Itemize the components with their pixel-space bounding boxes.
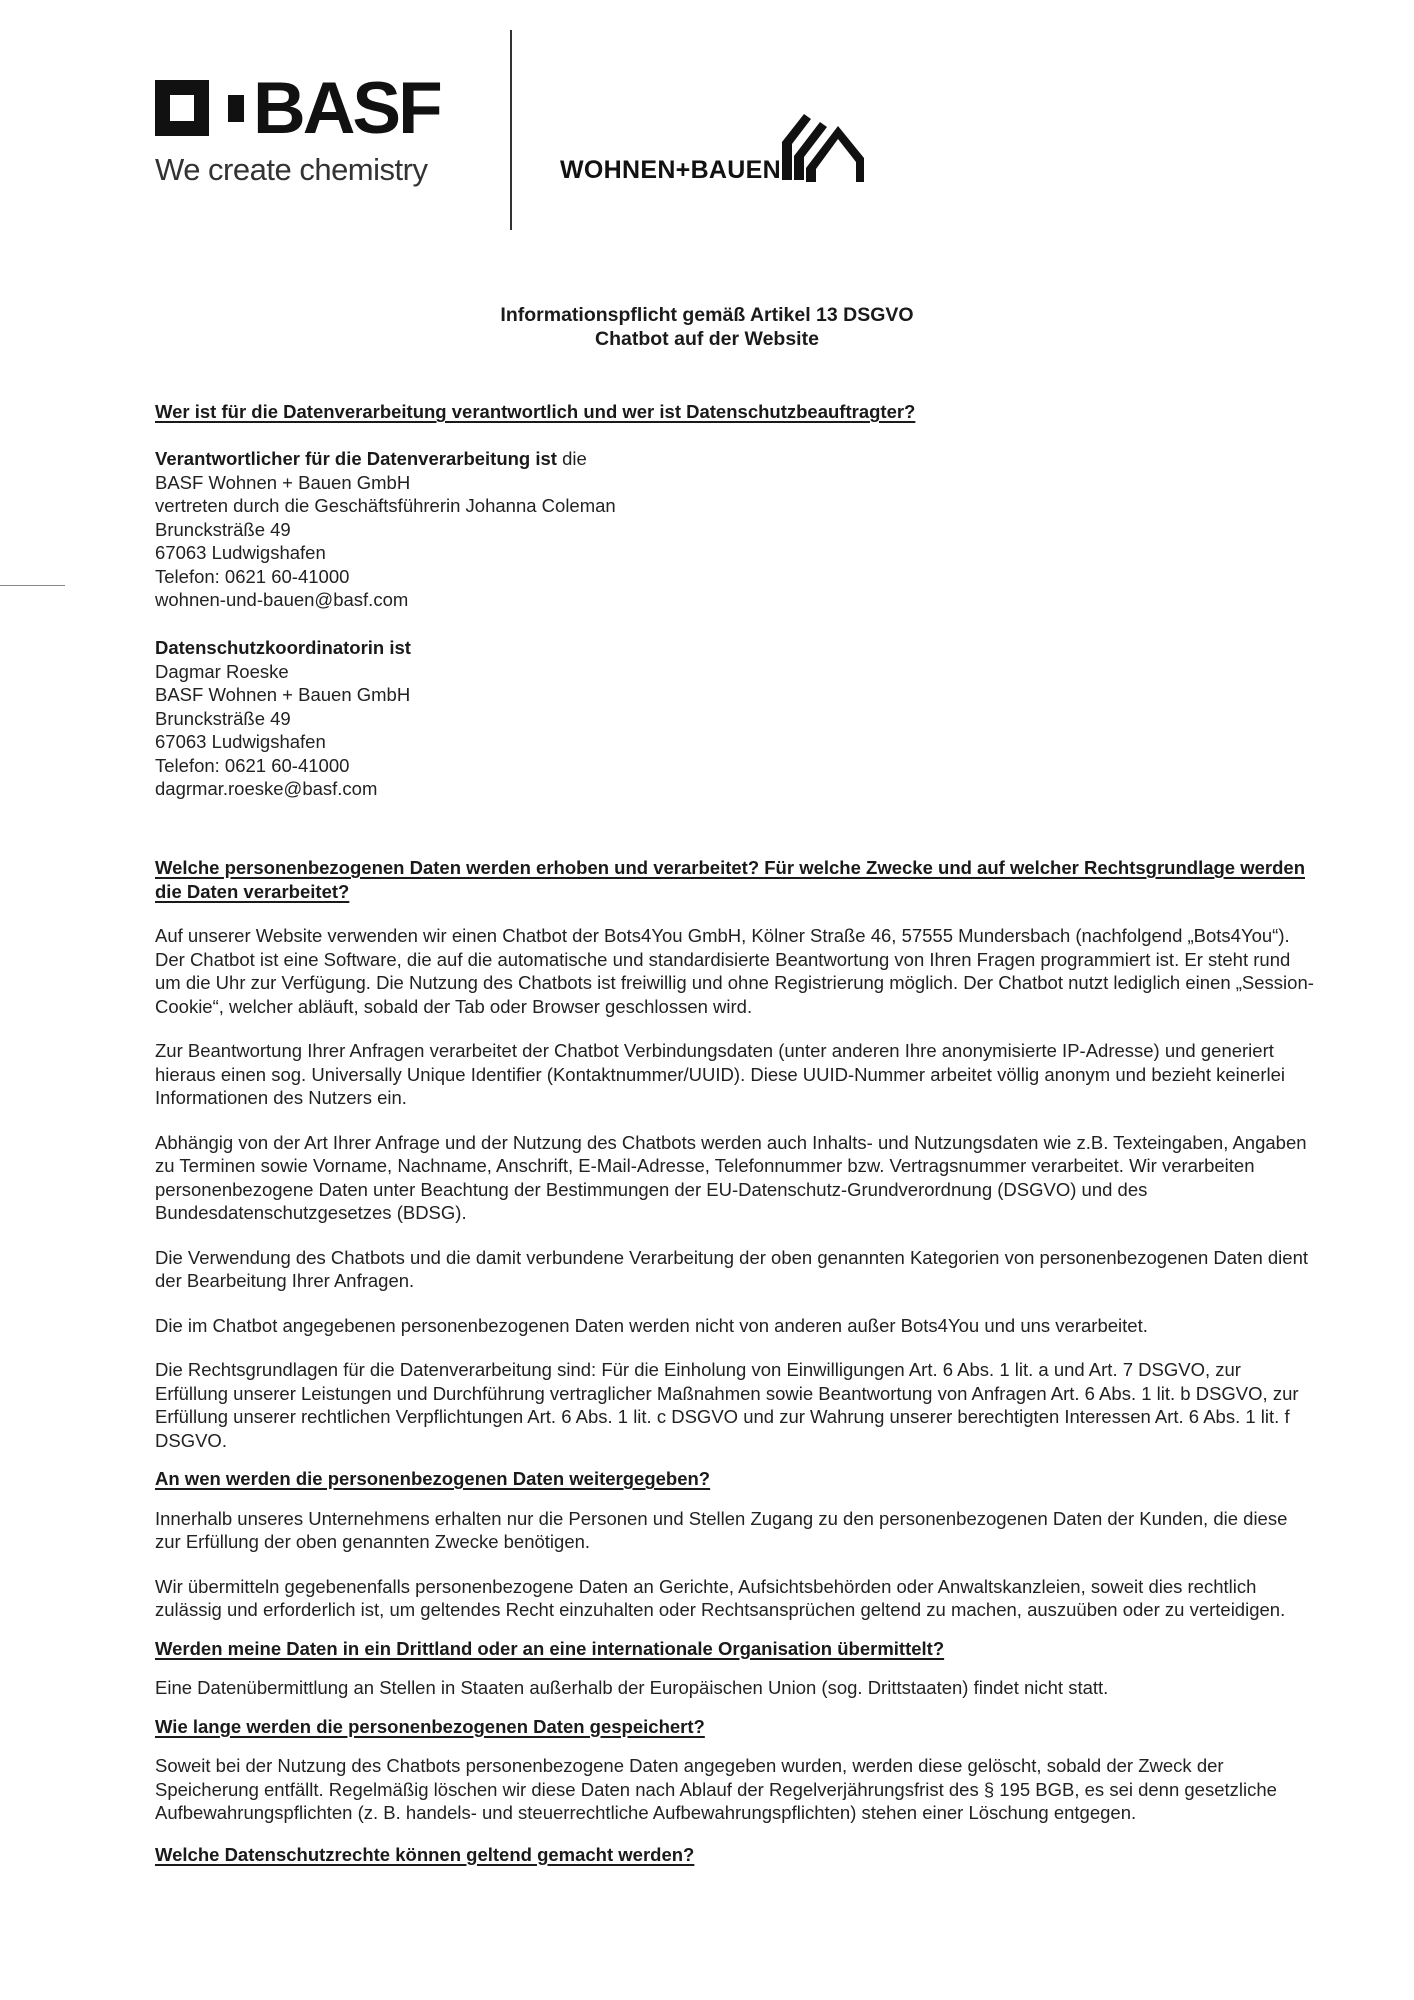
header-divider <box>510 30 512 230</box>
margin-mark <box>0 585 65 586</box>
paragraph: Innerhalb unseres Unternehmens erhalten … <box>155 1507 1315 1554</box>
section-responsible: Wer ist für die Datenverarbeitung verant… <box>155 400 1315 424</box>
section-heading-retention: Wie lange werden die personenbezogenen D… <box>155 1715 1315 1739</box>
section-heading-rights: Welche Datenschutzrechte können geltend … <box>155 1843 1315 1867</box>
controller-city: 67063 Ludwigshafen <box>155 541 1315 565</box>
paragraph: Abhängig von der Art Ihrer Anfrage und d… <box>155 1131 1315 1225</box>
controller-email: wohnen-und-bauen@basf.com <box>155 588 1315 612</box>
controller-block: Verantwortlicher für die Datenverarbeitu… <box>155 447 1315 612</box>
coordinator-street: Bruncksträße 49 <box>155 707 1315 731</box>
coordinator-company: BASF Wohnen + Bauen GmbH <box>155 683 1315 707</box>
controller-company: BASF Wohnen + Bauen GmbH <box>155 471 1315 495</box>
coordinator-phone: Telefon: 0621 60-41000 <box>155 754 1315 778</box>
title-line-1: Informationspflicht gemäß Artikel 13 DSG… <box>0 303 1414 327</box>
controller-phone: Telefon: 0621 60-41000 <box>155 565 1315 589</box>
paragraph: Zur Beantwortung Ihrer Anfragen verarbei… <box>155 1039 1315 1110</box>
coordinator-email: dagrmar.roeske@basf.com <box>155 777 1315 801</box>
paragraph: Eine Datenübermittlung an Stellen in Sta… <box>155 1676 1315 1700</box>
section-heading: Wer ist für die Datenverarbeitung verant… <box>155 400 1315 424</box>
coordinator-block: Datenschutzkoordinatorin ist Dagmar Roes… <box>155 636 1315 801</box>
basf-logo: BASF We create chemistry <box>155 78 465 193</box>
basf-wordmark: BASF <box>253 72 440 145</box>
section-heading: Welche personenbezogenen Daten werden er… <box>155 856 1315 903</box>
paragraph: Die im Chatbot angegebenen personenbezog… <box>155 1314 1315 1338</box>
wohnen-bauen-logo: WOHNEN+BAUEN <box>558 96 868 184</box>
house-icon <box>780 96 864 182</box>
section-data-purpose: Welche personenbezogenen Daten werden er… <box>155 856 1315 1866</box>
paragraph: Soweit bei der Nutzung des Chatbots pers… <box>155 1754 1315 1825</box>
paragraph: Die Rechtsgrundlagen für die Datenverarb… <box>155 1358 1315 1452</box>
wohnen-bauen-wordmark: WOHNEN+BAUEN <box>560 156 781 185</box>
basf-tagline: We create chemistry <box>155 152 427 188</box>
document-title: Informationspflicht gemäß Artikel 13 DSG… <box>0 303 1414 351</box>
title-line-2: Chatbot auf der Website <box>0 327 1414 351</box>
basf-dot-icon <box>228 95 244 122</box>
controller-street: Bruncksträße 49 <box>155 518 1315 542</box>
coordinator-label: Datenschutzkoordinatorin ist <box>155 636 1315 660</box>
controller-representative: vertreten durch die Geschäftsführerin Jo… <box>155 494 1315 518</box>
coordinator-name: Dagmar Roeske <box>155 660 1315 684</box>
paragraph: Auf unserer Website verwenden wir einen … <box>155 924 1315 1018</box>
coordinator-city: 67063 Ludwigshafen <box>155 730 1315 754</box>
section-heading-recipients: An wen werden die personenbezogenen Date… <box>155 1467 1315 1491</box>
paragraph: Wir übermitteln gegebenenfalls personenb… <box>155 1575 1315 1622</box>
controller-label: Verantwortlicher für die Datenverarbeitu… <box>155 447 1315 471</box>
paragraph: Die Verwendung des Chatbots und die dami… <box>155 1246 1315 1293</box>
section-heading-third-country: Werden meine Daten in ein Drittland oder… <box>155 1637 1315 1661</box>
basf-square-icon <box>155 80 209 136</box>
